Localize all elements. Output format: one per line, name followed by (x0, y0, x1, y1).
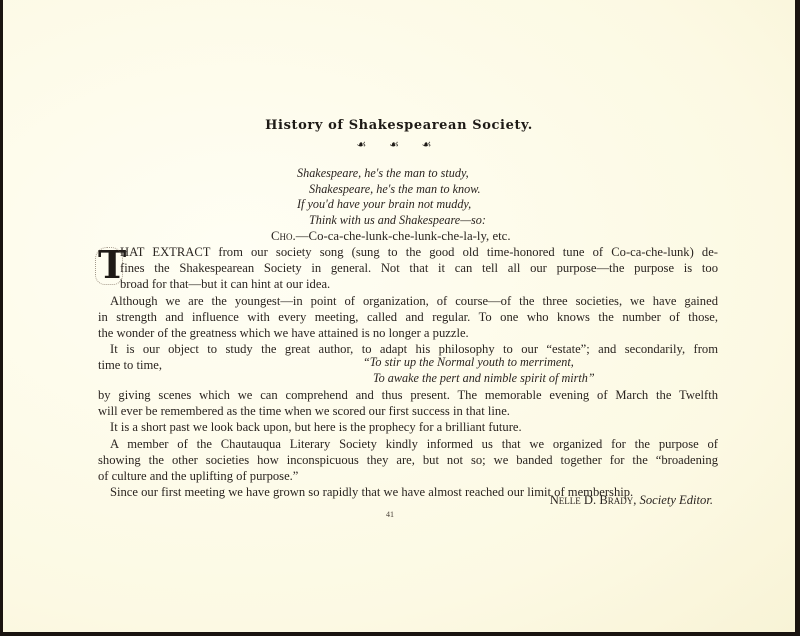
page-number: 41 (386, 510, 394, 519)
verse-line: If you'd have your brain not muddy, (297, 197, 486, 213)
chorus-label: Cho. (271, 229, 296, 243)
paragraph-line: showing the other societies how inconspi… (98, 452, 718, 468)
quote-line: To awake the pert and nimble spirit of m… (363, 371, 595, 387)
paragraph-line: of culture and the uplifting of purpose.… (98, 468, 718, 484)
paragraph-line: will ever be remembered as the time when… (98, 403, 718, 419)
quote-line: “To stir up the Normal youth to merrimen… (363, 355, 595, 371)
paragraph-line: by giving scenes which we can comprehend… (98, 387, 718, 403)
paragraph-line: fines the Shakespearean Society in gener… (98, 260, 718, 276)
paragraph-line: broad for that—but it can hint at our id… (98, 276, 718, 292)
document-page: History of Shakespearean Society. ☙ ☙ ☙ … (3, 0, 795, 632)
verse-line: Shakespeare, he's the man to know. (297, 182, 486, 198)
paragraph-line: HAT EXTRACT from our society song (sung … (98, 244, 718, 260)
paragraph-line: Although we are the youngest—in point of… (98, 293, 718, 309)
verse-line: Think with us and Shakespeare—so: (297, 213, 486, 229)
author-role: Society Editor. (640, 493, 713, 507)
paragraph-line: the wonder of the greatness which we hav… (98, 325, 718, 341)
page-title: History of Shakespearean Society. (3, 118, 795, 133)
ornament-divider: ☙ ☙ ☙ (3, 138, 795, 151)
paragraph-line: It is a short past we look back upon, bu… (98, 419, 718, 435)
paragraph-line: A member of the Chautauqua Literary Soci… (98, 436, 718, 452)
chorus-line: Cho.—Co-ca-che-lunk-che-lunk-che-la-ly, … (271, 229, 511, 244)
author-name: Nelle D. Brady, (550, 493, 637, 507)
song-verse: Shakespeare, he's the man to study, Shak… (297, 166, 486, 228)
verse-line: Shakespeare, he's the man to study, (297, 166, 486, 182)
body-text-continued: by giving scenes which we can comprehend… (98, 387, 718, 500)
signature: Nelle D. Brady, Society Editor. (550, 493, 713, 508)
block-quote: “To stir up the Normal youth to merrimen… (363, 355, 595, 386)
paragraph-line: in strength and influence with every mee… (98, 309, 718, 325)
chorus-text: —Co-ca-che-lunk-che-lunk-che-la-ly, etc. (296, 229, 511, 243)
